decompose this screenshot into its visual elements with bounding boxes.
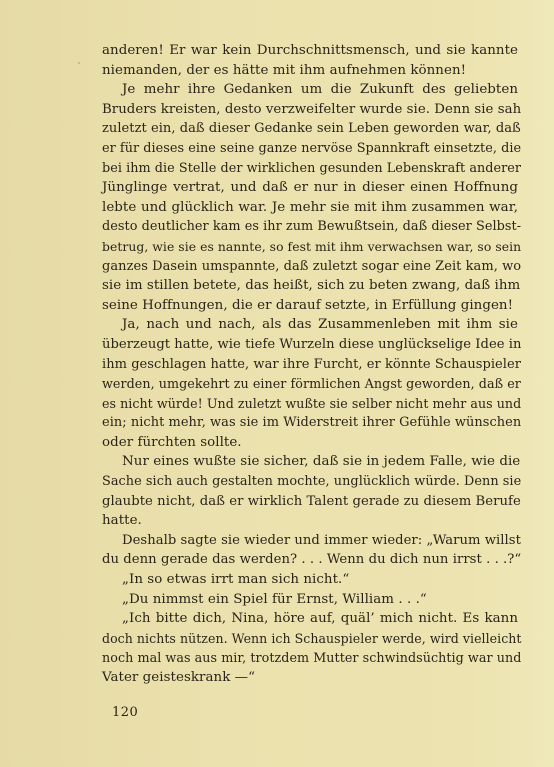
text-line: hatte. [102, 511, 518, 531]
text-line: doch nichts nützen. Wenn ich Schauspiele… [102, 629, 518, 649]
text-line: Deshalb sagte sie wieder und immer wiede… [102, 531, 518, 551]
text-line: zuletzt ein, daß dieser Gedanke sein Leb… [102, 119, 518, 139]
text-line: lebte und glücklich war. Je mehr sie mit… [102, 198, 518, 218]
text-line: überzeugt hatte, wie tiefe Wurzeln diese… [102, 335, 518, 355]
body-text: anderen! Er war kein Durchschnittsmensch… [102, 41, 518, 688]
text-line: „Du nimmst ein Spiel für Ernst, William … [102, 590, 518, 610]
text-line: Ja, nach und nach, als das Zusammenleben… [102, 315, 518, 335]
text-line: niemanden, der es hätte mit ihm aufnehme… [102, 61, 518, 81]
text-line: glaubte nicht, daß er wirklich Talent ge… [102, 492, 518, 512]
text-line: Bruders kreisten, desto verzweifelter wu… [102, 100, 518, 120]
paper-speck [78, 62, 80, 64]
text-line: Jünglinge vertrat, und daß er nur in die… [102, 178, 518, 198]
book-page: anderen! Er war kein Durchschnittsmensch… [0, 0, 554, 767]
text-line: ihm geschlagen hatte, war ihre Furcht, e… [102, 355, 518, 375]
text-line: ein; nicht mehr, was sie im Widerstreit … [102, 413, 518, 433]
text-line: anderen! Er war kein Durchschnittsmensch… [102, 41, 518, 61]
text-line: noch mal was aus mir, trotzdem Mutter sc… [102, 648, 518, 668]
text-line: bei ihm die Stelle der wirklichen gesund… [102, 159, 518, 179]
text-line: oder fürchten sollte. [102, 433, 518, 453]
text-line: werden, umgekehrt zu einer förmlichen An… [102, 374, 518, 394]
text-line: Vater geisteskrank —“ [102, 668, 518, 688]
text-line: es nicht würde! Und zuletzt wußte sie se… [102, 394, 518, 414]
text-line: Nur eines wußte sie sicher, daß sie in j… [102, 452, 518, 472]
text-line: betrug, wie sie es nannte, so fest mit i… [102, 237, 518, 257]
text-line: „Ich bitte dich, Nina, höre auf, quäl’ m… [102, 609, 518, 629]
text-line: desto deutlicher kam es ihr zum Bewußtse… [102, 217, 518, 237]
text-line: Je mehr ihre Gedanken um die Zukunft des… [102, 80, 518, 100]
text-line: Sache sich auch gestalten mochte, unglüc… [102, 472, 518, 492]
text-line: er für dieses eine seine ganze nervöse S… [102, 139, 518, 159]
text-line: „In so etwas irrt man sich nicht.“ [102, 570, 518, 590]
text-line: seine Hoffnungen, die er darauf setzte, … [102, 296, 518, 316]
page-number: 120 [112, 705, 138, 720]
text-line: ganzes Dasein umspannte, daß zuletzt sog… [102, 257, 518, 277]
text-line: sie im stillen betete, das heißt, sich z… [102, 276, 518, 296]
text-line: du denn gerade das werden? . . . Wenn du… [102, 550, 518, 570]
